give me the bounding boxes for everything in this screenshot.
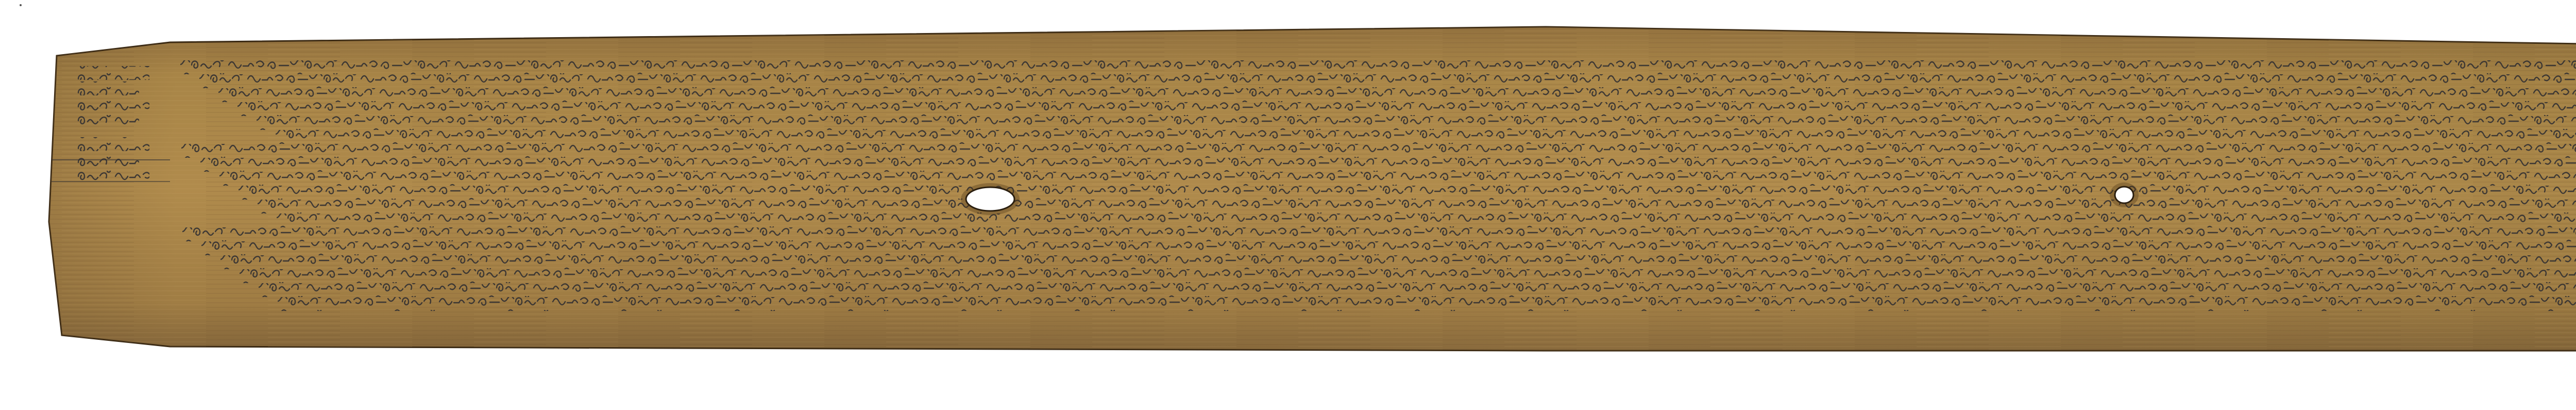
text-line <box>238 102 2576 116</box>
text-line <box>221 255 2576 269</box>
right-string-hole <box>2115 187 2133 203</box>
text-line <box>180 60 2576 74</box>
manuscript-scene: 127 127 <box>0 0 2576 410</box>
margin-note-line <box>77 112 139 126</box>
text-line <box>182 227 2576 241</box>
margin-note-line <box>77 66 149 80</box>
text-line <box>276 130 2576 144</box>
text-line <box>201 241 2576 255</box>
text-line <box>181 144 2576 158</box>
left-string-hole <box>966 187 1014 211</box>
text-line <box>240 269 2576 283</box>
manuscript-text-lines <box>180 60 2576 311</box>
text-line <box>257 116 2576 130</box>
text-line <box>277 214 2576 227</box>
text-line <box>200 158 2576 172</box>
text-line <box>259 283 2576 297</box>
margin-note-line <box>77 97 149 111</box>
dust-speck <box>20 4 22 6</box>
text-line <box>239 186 2576 200</box>
text-line <box>219 172 2576 186</box>
margin-note-line <box>77 168 149 182</box>
text-line <box>278 297 2576 311</box>
margin-notes <box>77 66 149 182</box>
margin-note-line <box>77 137 149 151</box>
palm-leaf: 127 <box>0 0 2576 410</box>
text-line <box>199 74 2576 88</box>
text-line <box>218 88 2576 102</box>
margin-note-line <box>77 81 139 95</box>
text-line <box>258 200 2576 214</box>
